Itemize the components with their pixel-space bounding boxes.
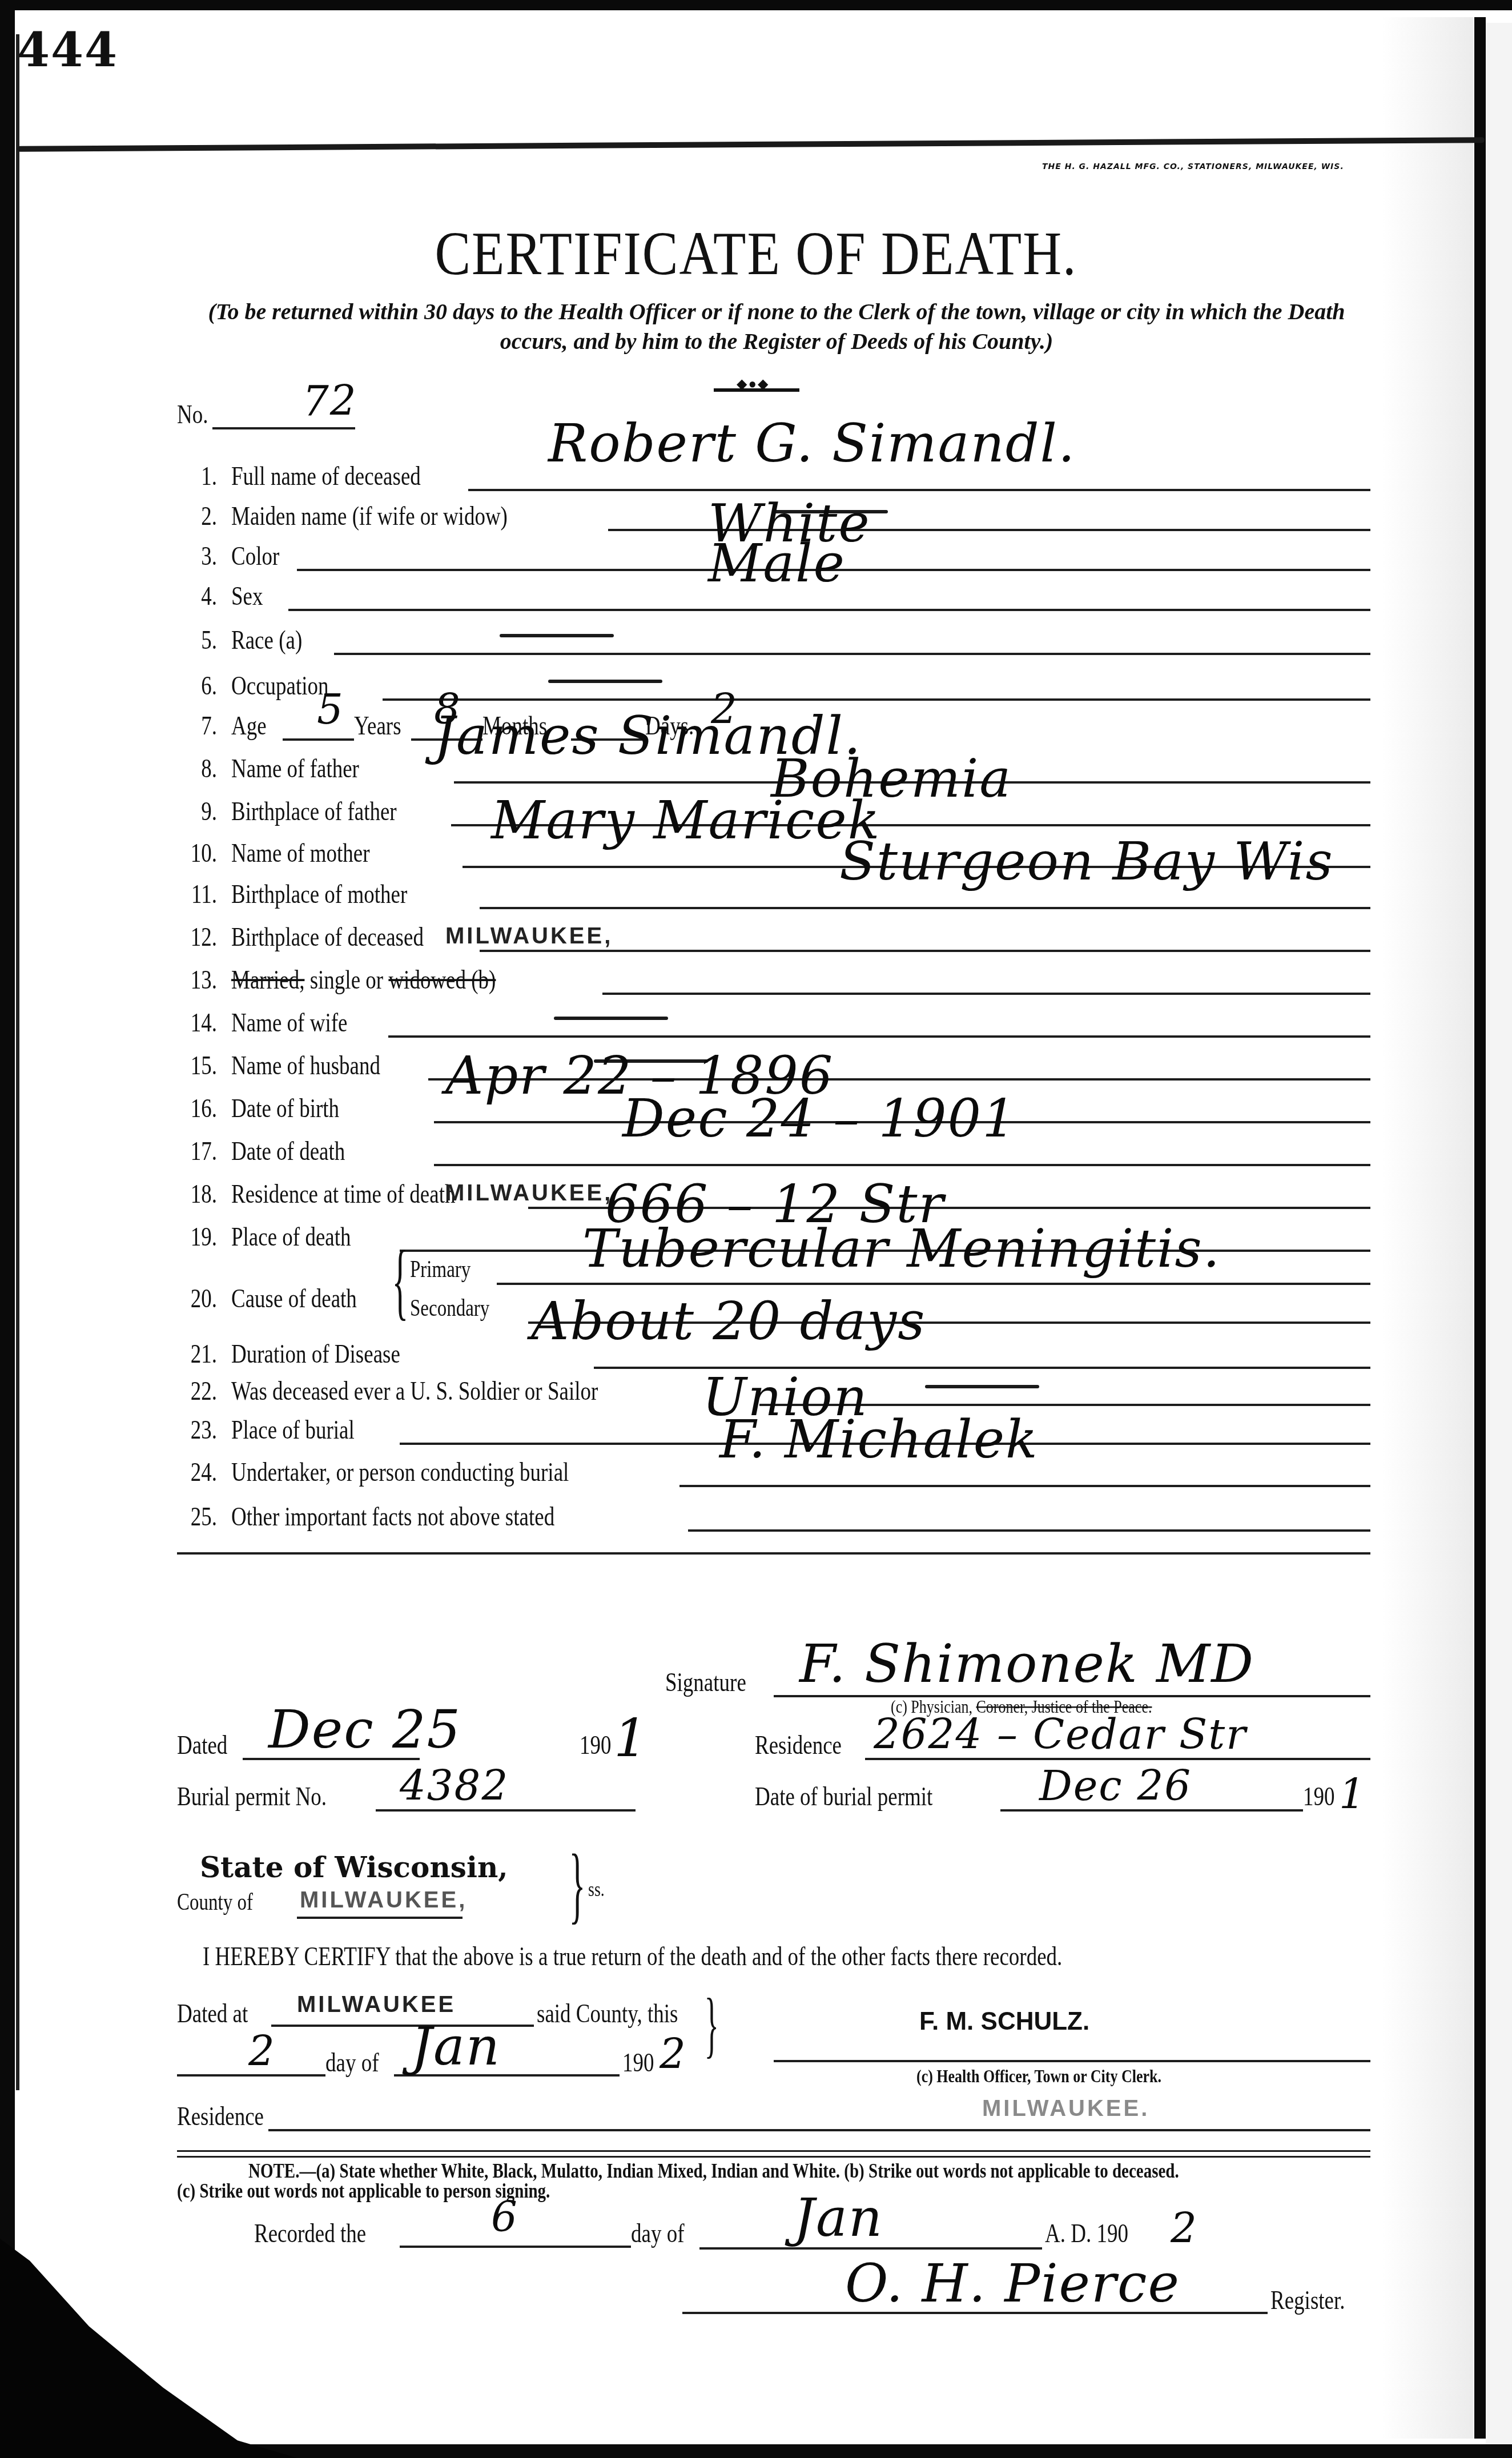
field-number: 3. <box>171 541 217 572</box>
recorded-label: Recorded the <box>254 2218 366 2249</box>
cause-brace: { <box>392 1238 409 1324</box>
field-number: 13. <box>171 965 217 995</box>
field-label: Race (a) <box>231 625 302 656</box>
scan-border-top <box>0 0 1512 10</box>
paper-shading <box>1382 17 1473 2439</box>
ss-label: ss. <box>588 1879 605 1902</box>
field-label: Birthplace of father <box>231 796 397 827</box>
county-stamp: MILWAUKEE, <box>300 1887 467 1913</box>
brace-2: } <box>705 1987 719 2062</box>
field-label: Birthplace of deceased <box>231 922 424 953</box>
field-number: 4. <box>171 581 217 612</box>
cause-secondary-label: Secondary <box>410 1296 489 1322</box>
field-value: F. Michalek <box>719 1409 1039 1470</box>
field-label: Was deceased ever a U. S. Soldier or Sai… <box>231 1376 598 1407</box>
page-number: 444 <box>17 23 118 78</box>
field-line <box>679 1485 1370 1487</box>
double-rule-2 <box>177 2156 1370 2158</box>
field-value: Mary Maricek <box>491 790 880 851</box>
physician-residence-value: 2624 – Cedar Str <box>874 1710 1247 1758</box>
field-number: 23. <box>171 1415 217 1445</box>
field-label: Residence at time of death <box>231 1179 455 1210</box>
field-number: 15. <box>171 1050 217 1081</box>
burial-permit-year-suffix: 1 <box>1339 1770 1366 1818</box>
single-option: single or <box>304 966 388 995</box>
dated-value: Dec 25 <box>268 1699 461 1760</box>
burial-permit-date-value: Dec 26 <box>1039 1762 1192 1810</box>
field-label: Place of death <box>231 1222 351 1252</box>
field-number: 14. <box>171 1007 217 1038</box>
field-label: Name of father <box>231 753 359 784</box>
document-instructions: (To be returned within 30 days to the He… <box>177 297 1376 356</box>
age-label: Age <box>231 710 267 741</box>
field-number: 7. <box>171 710 217 741</box>
field-blank-dash <box>500 634 614 637</box>
corner-shadow <box>0 2239 297 2458</box>
note-line-1: NOTE.—(a) State whether White, Black, Mu… <box>248 2160 1179 2183</box>
field-label: Married, single or widowed (b) <box>231 965 496 995</box>
age-years-line <box>283 738 354 741</box>
page-fold-line <box>17 137 1485 152</box>
cert-year-prefix: 190 <box>622 2047 654 2078</box>
scan-border-left <box>0 0 15 2458</box>
register-label: Register. <box>1270 2285 1345 2316</box>
burial-permit-label: Burial permit No. <box>177 1781 327 1812</box>
cause-of-death-label: Cause of death <box>231 1283 357 1314</box>
recorded-day-of-label: day of <box>631 2218 685 2249</box>
certificate-no-value: 72 <box>303 377 357 425</box>
field-number: 1. <box>171 461 217 492</box>
field-value: Male <box>708 533 846 594</box>
field-number: 8. <box>171 753 217 784</box>
field-line <box>480 950 1370 952</box>
field-line <box>480 907 1370 909</box>
field-stamp-value: MILWAUKEE, <box>445 1180 613 1206</box>
recorded-day: 6 <box>491 2193 518 2241</box>
struck-married: Married, <box>231 966 304 995</box>
dated-year-prefix: 190 <box>580 1730 612 1761</box>
recorded-day-line <box>400 2246 631 2248</box>
dated-at-label: Dated at <box>177 1998 248 2029</box>
field-line <box>434 1164 1370 1166</box>
burial-permit-date-label: Date of burial permit <box>755 1781 932 1812</box>
field-label: Name of husband <box>231 1050 380 1081</box>
field-stamp-value: MILWAUKEE, <box>445 923 613 949</box>
age-years-label: Years <box>354 710 401 741</box>
field-number: 6. <box>171 670 217 701</box>
burial-permit-value: 4382 <box>400 1762 509 1810</box>
struck-widowed: widowed (b) <box>388 966 496 995</box>
health-officer-note: (c) Health Officer, Town or City Clerk. <box>916 2066 1161 2088</box>
field-value: Sturgeon Bay Wis <box>839 831 1334 892</box>
cert-year-suffix: 2 <box>660 2030 687 2078</box>
burial-permit-year-prefix: 190 <box>1303 1781 1335 1812</box>
health-officer-name: F. M. SCHULZ. <box>919 2007 1089 2036</box>
physician-residence-label: Residence <box>755 1730 842 1761</box>
printer-imprint: THE H. G. HAZALL MFG. CO., STATIONERS, M… <box>1042 162 1344 171</box>
document-title: CERTIFICATE OF DEATH. <box>0 218 1512 289</box>
physician-signature: F. Shimonek MD <box>799 1633 1254 1694</box>
field-number: 17. <box>171 1136 217 1167</box>
field-line <box>334 653 1370 655</box>
signature-label: Signature <box>665 1667 746 1698</box>
field-line <box>602 993 1370 995</box>
health-officer-line <box>774 2060 1370 2062</box>
field-label: Date of birth <box>231 1093 339 1124</box>
field-label: Other important facts not above stated <box>231 1501 554 1532</box>
register-signature: O. H. Pierce <box>845 2253 1180 2314</box>
field-label: Name of mother <box>231 838 369 869</box>
age-years: 5 <box>317 685 344 733</box>
cause-primary-value: Tubercular Meningitis. <box>582 1218 1221 1279</box>
field-number: 25. <box>171 1501 217 1532</box>
field-number: 5. <box>171 625 217 656</box>
said-county-label: said County, this <box>537 1998 678 2029</box>
field-line <box>383 698 1370 701</box>
cert-month: Jan <box>411 2016 501 2077</box>
cert-day: 2 <box>248 2027 276 2075</box>
field-line <box>468 489 1370 491</box>
double-rule-1 <box>177 2150 1370 2152</box>
recorded-month: Jan <box>794 2187 883 2248</box>
field-number: 24. <box>171 1457 217 1488</box>
cert-residence-line <box>268 2129 1370 2131</box>
state-of-wisconsin: State of Wisconsin, <box>200 1850 508 1884</box>
field-number: 10. <box>171 838 217 869</box>
field-value: Dec 24 – 1901 <box>622 1088 1017 1149</box>
recorded-year-suffix: 2 <box>1171 2204 1198 2252</box>
certification-text: I HEREBY CERTIFY that the above is a tru… <box>203 1941 1062 1972</box>
field-value: Robert G. Simandl. <box>548 413 1076 474</box>
cert-residence-stamp: MILWAUKEE. <box>982 2096 1149 2122</box>
dated-label: Dated <box>177 1730 227 1761</box>
field-label: Color <box>231 541 279 572</box>
cause-primary-label: Primary <box>410 1257 471 1283</box>
field-number: 21. <box>171 1339 217 1369</box>
field-value: About 20 days <box>531 1291 926 1352</box>
cert-residence-label: Residence <box>177 2101 264 2132</box>
field-number: 12. <box>171 922 217 953</box>
scan-border-left-inner <box>16 34 19 2090</box>
field-blank-dash <box>554 1017 668 1020</box>
field-number: 2. <box>171 501 217 532</box>
field-number: 9. <box>171 796 217 827</box>
field-number: 18. <box>171 1179 217 1210</box>
field-label: Date of death <box>231 1136 345 1167</box>
field-number: 22. <box>171 1376 217 1407</box>
field-blank-dash <box>925 1385 1039 1388</box>
field-label: Duration of Disease <box>231 1339 400 1369</box>
field-label: Full name of deceased <box>231 461 421 492</box>
field-number: 11. <box>171 879 217 910</box>
field-number: 19. <box>171 1222 217 1252</box>
field-label: Occupation <box>231 670 329 701</box>
ornament-divider <box>714 388 799 392</box>
field-number: 20. <box>171 1283 217 1314</box>
field-label: Sex <box>231 581 263 612</box>
adjacent-page-strip <box>1486 23 1512 2458</box>
certificate-no-label: No. <box>177 399 208 430</box>
brace: } <box>569 1842 586 1927</box>
field-number: 16. <box>171 1093 217 1124</box>
recorded-ad-label: A. D. 190 <box>1045 2218 1128 2249</box>
field-label: Place of burial <box>231 1415 355 1445</box>
field-label: Name of wife <box>231 1007 347 1038</box>
field-label: Birthplace of mother <box>231 879 407 910</box>
county-of-label: County of <box>177 1890 253 1916</box>
field-25-extra-line <box>177 1552 1370 1555</box>
cert-day-of-label: day of <box>325 2047 379 2078</box>
county-line <box>297 1917 463 1919</box>
cause-primary-line <box>497 1283 1370 1285</box>
field-label: Undertaker, or person conducting burial <box>231 1457 569 1488</box>
dated-year-suffix: 1 <box>614 1708 649 1769</box>
field-label: Maiden name (if wife or widow) <box>231 501 508 532</box>
field-line <box>288 609 1370 611</box>
scan-border-right <box>1474 17 1486 2439</box>
field-blank-dash <box>548 680 662 683</box>
field-line <box>688 1529 1370 1532</box>
certificate-no-line <box>212 427 355 429</box>
dated-at-stamp: MILWAUKEE <box>297 1992 456 2018</box>
field-line <box>388 1035 1370 1038</box>
